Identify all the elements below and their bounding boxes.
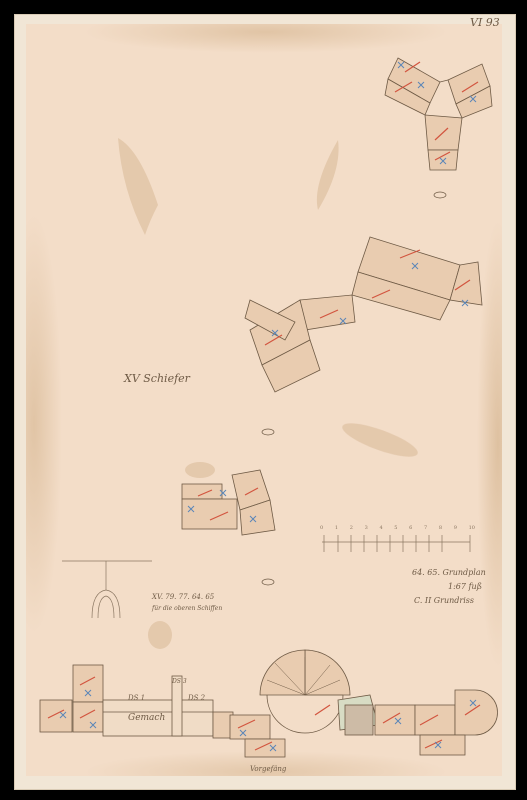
drawing-canvas — [0, 0, 527, 800]
water-stains — [118, 138, 421, 649]
scale-tick-4: 4 — [379, 525, 382, 535]
scale-tick-2: 2 — [350, 525, 353, 535]
arch-section — [62, 561, 152, 618]
bottom-left-note-line1: XV. 79. 77. 64. 65 — [152, 593, 214, 601]
scale-bar-labels: 0 1 2 3 4 5 6 7 8 9 10 — [320, 525, 475, 535]
ds-label-1: DS 1 — [128, 694, 145, 702]
scale-bar — [322, 535, 470, 552]
plan-middle-right — [245, 237, 482, 392]
right-note-line3: C. II Grundriss — [414, 596, 474, 605]
group-label: XV Schiefer — [124, 372, 190, 385]
ds-label-2: DS 2 — [188, 694, 205, 702]
scale-tick-3: 3 — [365, 525, 368, 535]
right-note-line2: 1:67 fuß — [448, 582, 482, 591]
bottom-left-note-line2: für die oberen Schiffen — [152, 605, 222, 612]
scale-tick-5: 5 — [394, 525, 397, 535]
right-note-line1: 64. 65. Grundplan — [412, 568, 486, 577]
plan-middle-left — [182, 470, 275, 535]
scale-tick-6: 6 — [409, 525, 412, 535]
catalog-number: VI 93 — [470, 16, 500, 29]
bottom-label: Vorgefäng — [250, 765, 286, 773]
ds-label-3: DS 3 — [172, 678, 187, 685]
scale-tick-0: 0 — [320, 525, 323, 535]
scale-tick-8: 8 — [439, 525, 442, 535]
plan-bottom — [40, 650, 498, 757]
scale-tick-9: 9 — [454, 525, 457, 535]
corridor-label: Gemach — [128, 713, 165, 723]
scale-tick-7: 7 — [424, 525, 427, 535]
scale-tick-1: 1 — [335, 525, 338, 535]
scale-tick-10: 10 — [469, 525, 475, 535]
plan-top-right — [385, 58, 492, 170]
